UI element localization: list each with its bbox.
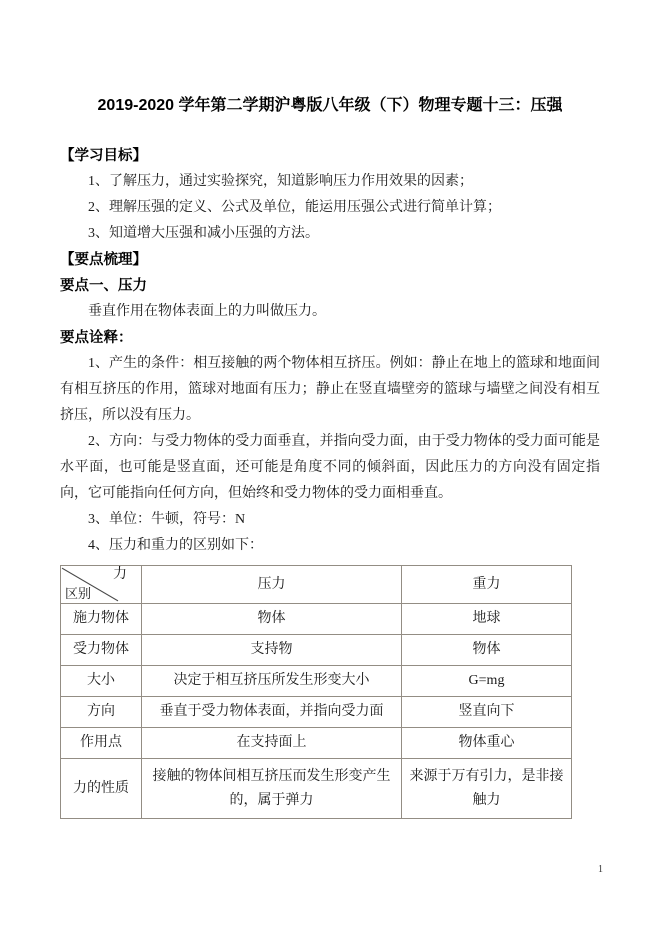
- pressure-cell: 决定于相互挤压所发生形变大小: [142, 666, 402, 697]
- column-header-gravity: 重力: [402, 566, 572, 604]
- key-points-heading: 【要点梳理】: [60, 247, 600, 273]
- goal-item-3: 3、知道增大压强和减小压强的方法。: [60, 221, 600, 247]
- table-row: 方向 垂直于受力物体表面，并指向受力面 竖直向下: [61, 697, 572, 728]
- document-content: 2019-2020 学年第二学期沪粤版八年级（下）物理专题十三：压强 【学习目标…: [0, 0, 661, 819]
- table-row: 施力物体 物体 地球: [61, 604, 572, 635]
- row-label: 受力物体: [61, 635, 142, 666]
- annotation-heading: 要点诠释：: [60, 325, 600, 351]
- note-item-4: 4、压力和重力的区别如下：: [60, 533, 600, 559]
- row-label: 施力物体: [61, 604, 142, 635]
- table-row: 力的性质 接触的物体间相互挤压而发生形变产生的，属于弹力 来源于万有引力，是非接…: [61, 759, 572, 819]
- gravity-cell: G=mg: [402, 666, 572, 697]
- point-one-heading: 要点一、压力: [60, 273, 600, 299]
- point-one-definition: 垂直作用在物体表面上的力叫做压力。: [60, 299, 600, 325]
- pressure-cell: 物体: [142, 604, 402, 635]
- gravity-cell: 地球: [402, 604, 572, 635]
- pressure-cell: 在支持面上: [142, 728, 402, 759]
- document-page: 2019-2020 学年第二学期沪粤版八年级（下）物理专题十三：压强 【学习目标…: [0, 0, 661, 935]
- corner-label-force: 力: [113, 567, 127, 583]
- goal-item-2: 2、理解压强的定义、公式及单位，能运用压强公式进行简单计算；: [60, 195, 600, 221]
- row-label: 大小: [61, 666, 142, 697]
- column-header-pressure: 压力: [142, 566, 402, 604]
- diagonal-corner-cell: 力 区别: [61, 566, 142, 604]
- row-label: 作用点: [61, 728, 142, 759]
- note-item-3: 3、单位：牛顿，符号：N: [60, 507, 600, 533]
- goal-item-1: 1、了解压力，通过实验探究，知道影响压力作用效果的因素；: [60, 169, 600, 195]
- pressure-cell: 接触的物体间相互挤压而发生形变产生的，属于弹力: [142, 759, 402, 819]
- corner-label-difference: 区别: [65, 586, 91, 601]
- learning-goals-heading: 【学习目标】: [60, 143, 600, 169]
- note-item-1: 1、产生的条件：相互接触的两个物体相互挤压。例如：静止在地上的篮球和地面间有相互…: [60, 351, 600, 429]
- note-item-2: 2、方向：与受力物体的受力面垂直，并指向受力面，由于受力物体的受力面可能是水平面…: [60, 429, 600, 507]
- row-label: 力的性质: [61, 759, 142, 819]
- table-row: 作用点 在支持面上 物体重心: [61, 728, 572, 759]
- gravity-cell: 竖直向下: [402, 697, 572, 728]
- pressure-gravity-comparison-table: 力 区别 压力 重力 施力物体 物体 地球 受力物体 支持物 物体 大小 决定于…: [60, 565, 572, 819]
- page-title: 2019-2020 学年第二学期沪粤版八年级（下）物理专题十三：压强: [60, 95, 600, 117]
- page-number: 1: [598, 864, 603, 875]
- gravity-cell: 物体: [402, 635, 572, 666]
- pressure-cell: 支持物: [142, 635, 402, 666]
- table-header-row: 力 区别 压力 重力: [61, 566, 572, 604]
- table-row: 大小 决定于相互挤压所发生形变大小 G=mg: [61, 666, 572, 697]
- pressure-cell: 垂直于受力物体表面，并指向受力面: [142, 697, 402, 728]
- table-row: 受力物体 支持物 物体: [61, 635, 572, 666]
- gravity-cell: 来源于万有引力，是非接触力: [402, 759, 572, 819]
- gravity-cell: 物体重心: [402, 728, 572, 759]
- row-label: 方向: [61, 697, 142, 728]
